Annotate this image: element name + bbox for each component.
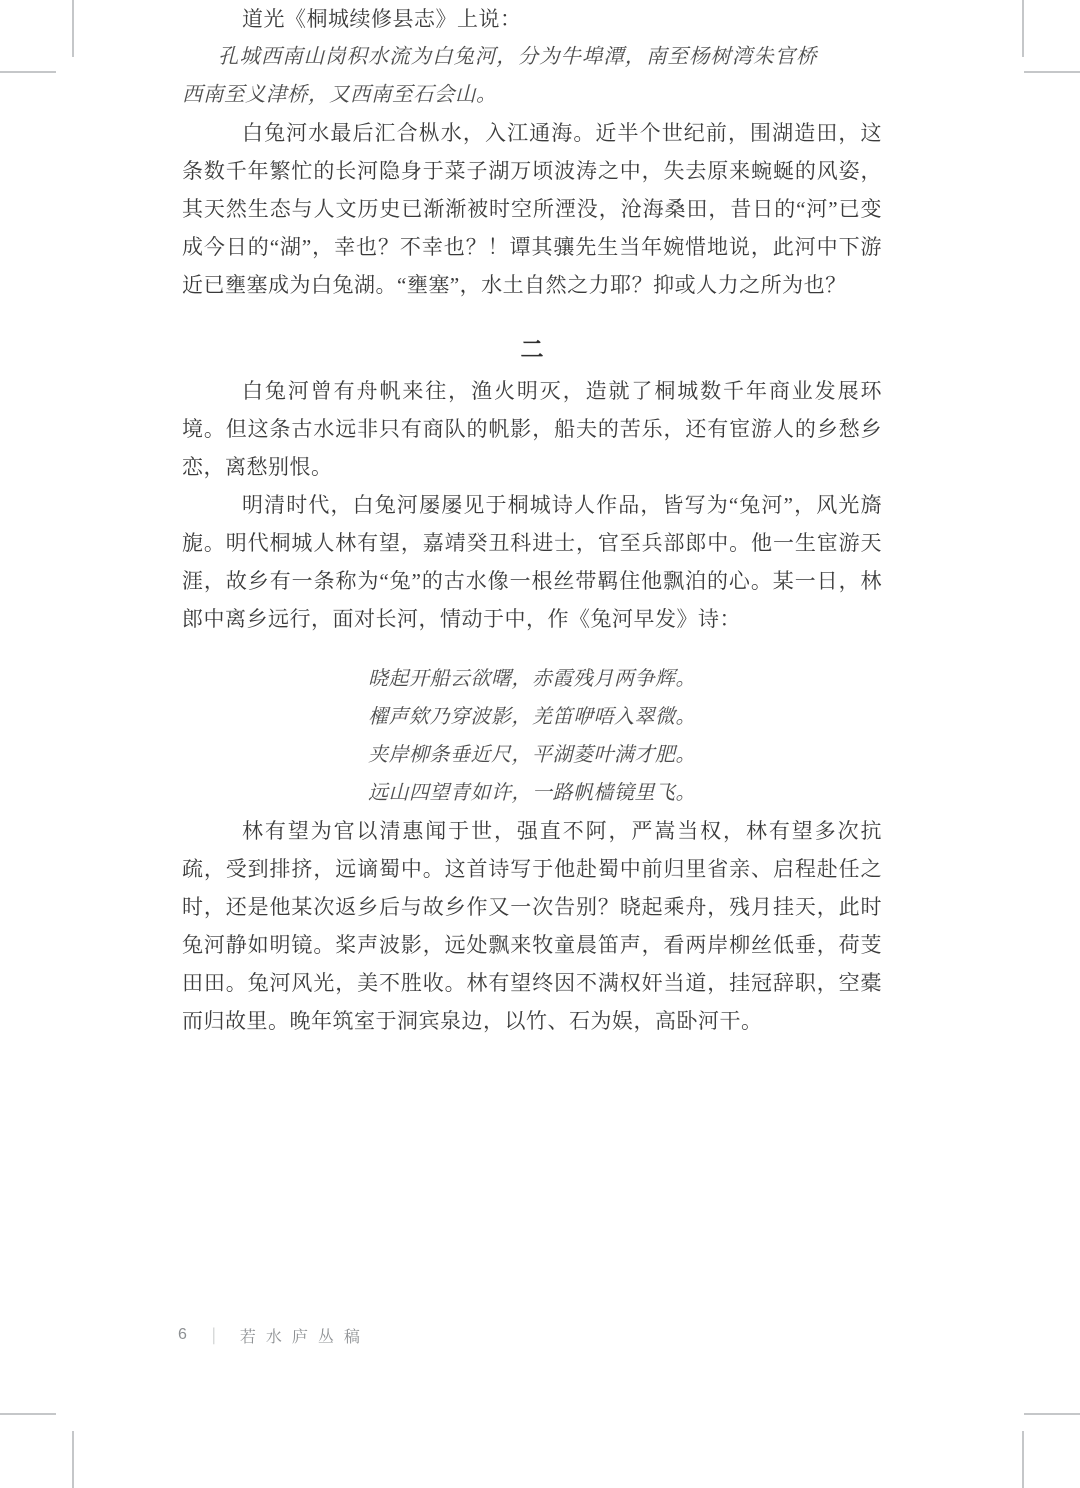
intro-paragraph: 道光《桐城续修县志》上说： [182, 0, 882, 38]
crop-mark-bottom-left-vertical [72, 1431, 74, 1488]
poem-tuhe-zaofa: 晓起开船云欲曙，赤霞残月两争辉。 櫂声欸乃穿波影，羌笛咿唔入翠微。 夹岸柳条垂近… [182, 660, 882, 812]
gazetteer-quote: 孔城西南山岗积水流为白兔河，分为牛埠潭，南至杨树湾朱官桥西南至义津桥，又西南至石… [182, 38, 817, 114]
paragraph-river-history: 白兔河水最后汇合枞水，入江通海。近半个世纪前，围湖造田，这条数千年繁忙的长河隐身… [182, 114, 882, 304]
paragraph-commerce: 白兔河曾有舟帆来往，渔火明灭，造就了桐城数千年商业发展环境。但这条古水远非只有商… [182, 372, 882, 486]
crop-mark-top-right-horizontal [1024, 71, 1080, 73]
poem-line-1: 晓起开船云欲曙，赤霞残月两争辉。 [182, 660, 882, 698]
paragraph-lin-youwang: 林有望为官以清惠闻于世，强直不阿，严嵩当权，林有望多次抗疏，受到排挤，远谪蜀中。… [182, 812, 882, 1040]
crop-mark-top-left-horizontal [0, 71, 56, 73]
crop-mark-top-left-vertical [72, 0, 74, 57]
section-number-heading: 二 [182, 328, 882, 372]
poem-line-3: 夹岸柳条垂近尺，平湖菱叶满才肥。 [182, 736, 882, 774]
page-footer: 6 ｜ 若水庐丛稿 [178, 1322, 370, 1348]
crop-mark-bottom-left-horizontal [0, 1413, 56, 1415]
page-number: 6 [178, 1326, 187, 1344]
paragraph-ming-qing-poets: 明清时代，白兔河屡屡见于桐城诗人作品，皆写为“兔河”，风光旖旎。明代桐城人林有望… [182, 486, 882, 638]
poem-line-4: 远山四望青如许，一路帆樯镜里飞。 [182, 774, 882, 812]
footer-separator: ｜ [206, 1323, 222, 1347]
crop-mark-bottom-right-horizontal [1024, 1413, 1080, 1415]
page-content: 道光《桐城续修县志》上说： 孔城西南山岗积水流为白兔河，分为牛埠潭，南至杨树湾朱… [182, 0, 882, 1040]
crop-mark-top-right-vertical [1022, 0, 1024, 57]
book-page: 道光《桐城续修县志》上说： 孔城西南山岗积水流为白兔河，分为牛埠潭，南至杨树湾朱… [0, 0, 1080, 1488]
book-title: 若水庐丛稿 [240, 1324, 370, 1347]
crop-mark-bottom-right-vertical [1022, 1431, 1024, 1488]
poem-line-2: 櫂声欸乃穿波影，羌笛咿唔入翠微。 [182, 698, 882, 736]
